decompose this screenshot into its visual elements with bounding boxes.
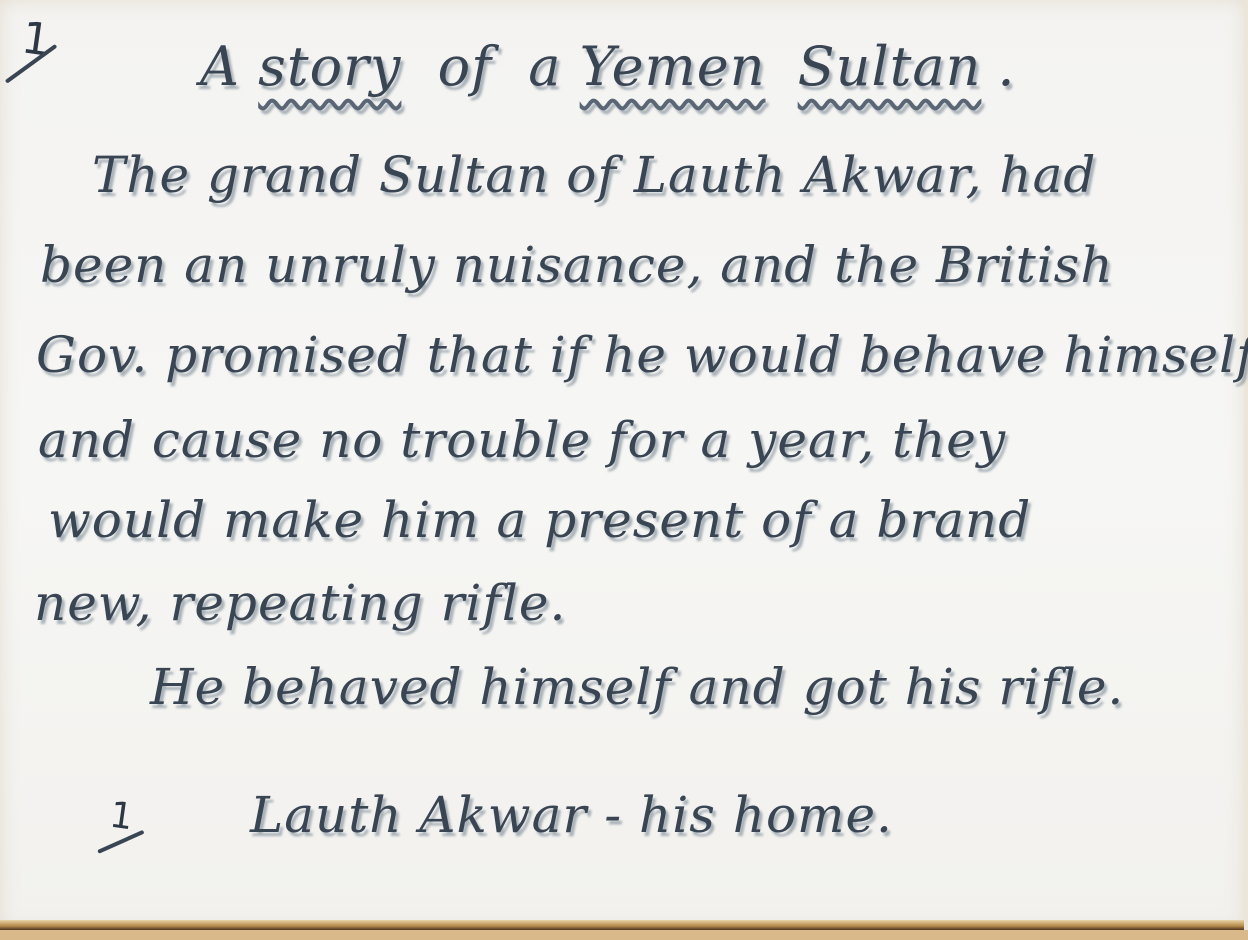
body-line-6: new, repeating rifle. xyxy=(34,578,566,628)
body-line-1: The grand Sultan of Lauth Akwar, had xyxy=(92,150,1096,200)
title-word-of: of xyxy=(438,35,493,98)
body-line-5: would make him a present of a brand xyxy=(48,495,1031,545)
body-line-2: been an unruly nuisance, and the British xyxy=(40,240,1114,290)
handwritten-page: 1 A story of a Yemen Sultan. The grand S… xyxy=(0,0,1248,930)
title-word-a2: a xyxy=(528,35,561,98)
title-word-a: A xyxy=(200,35,240,98)
body-line-4: and cause no trouble for a year, they xyxy=(38,415,1006,465)
body-line-3: Gov. promised that if he would behave hi… xyxy=(36,330,1248,380)
body-line-7: He behaved himself and got his rifle. xyxy=(150,662,1124,712)
paper-bottom-edge xyxy=(0,920,1244,930)
title-word-yemen: Yemen xyxy=(580,35,766,98)
footnote-marker: 1 xyxy=(107,795,135,839)
title-word-story: story xyxy=(258,35,401,98)
document-title: A story of a Yemen Sultan. xyxy=(200,40,1016,94)
title-word-sultan: Sultan xyxy=(798,35,982,98)
footnote-text: Lauth Akwar - his home. xyxy=(250,790,893,840)
title-period: . xyxy=(997,35,1015,98)
